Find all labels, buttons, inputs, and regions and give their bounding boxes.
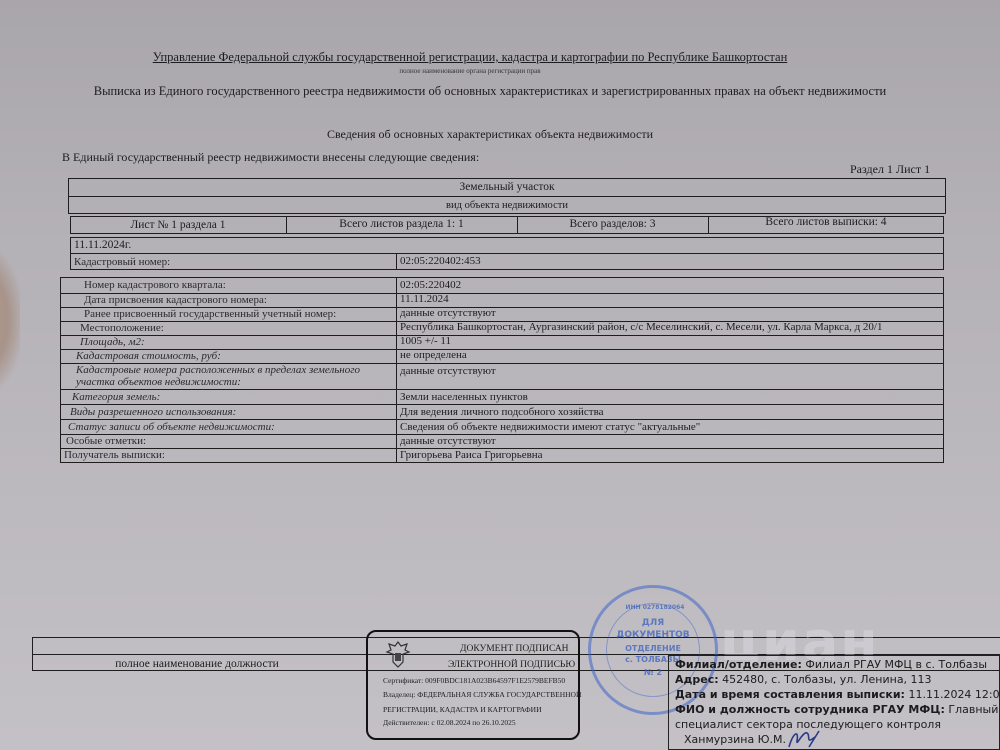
coat-of-arms-icon [385, 640, 411, 670]
extract-date: 11.11.2024г. [70, 238, 131, 253]
mfc-address-value: 452480, с. Толбазы, ул. Ленина, 113 [722, 673, 931, 686]
row-label-continued: участка объектов недвижимости: [72, 375, 241, 390]
sheet-reference: Раздел 1 Лист 1 [850, 162, 930, 177]
position-caption: полное наименование должности [32, 657, 362, 672]
signature-owner: Владелец: ФЕДЕРАЛЬНАЯ СЛУЖБА ГОСУДАРСТВЕ… [383, 690, 581, 699]
handwritten-signature-icon [785, 727, 825, 750]
divider [60, 335, 944, 336]
object-type: Земельный участок [68, 180, 946, 195]
row-label: Номер кадастрового квартала: [80, 278, 226, 293]
row-value: Республика Башкортостан, Аургазинский ра… [396, 320, 882, 335]
mfc-branch-value: Филиал РГАУ МФЦ в с. Толбазы [805, 658, 987, 671]
row-label: Получатель выписки: [60, 448, 165, 463]
mfc-employee: ФИО и должность сотрудника РГАУ МФЦ: Гла… [675, 703, 998, 716]
row-value: данные отсутствуют [396, 306, 496, 321]
row-label: Статус записи об объекте недвижимости: [64, 420, 275, 435]
divider [68, 196, 946, 197]
row-value: Земли населенных пунктов [396, 390, 528, 405]
organization-title: Управление Федеральной службы государств… [150, 50, 790, 65]
mfc-employee-value: Главный [948, 703, 998, 716]
row-label: Местоположение: [76, 321, 164, 336]
finger-shadow [0, 250, 20, 390]
row-label: Особые отметки: [62, 434, 146, 449]
row-value: 02:05:220402 [396, 278, 461, 293]
mfc-datetime-value: 11.11.2024 12:00 [908, 688, 1000, 701]
row-label: Дата присвоения кадастрового номера: [80, 293, 267, 308]
signature-subtitle: ЭЛЕКТРОННОЙ ПОДПИСЬЮ [448, 660, 575, 670]
row-value: Для ведения личного подсобного хозяйства [396, 405, 604, 420]
row-value: Сведения об объекте недвижимости имеют с… [396, 420, 700, 435]
row-value: Григорьева Раиса Григорьевна [396, 448, 543, 463]
row-label: Ранее присвоенный государственный учетны… [80, 307, 336, 322]
cadastral-number-value: 02:05:220402:453 [396, 254, 481, 269]
row-label: Площадь, м2: [76, 335, 145, 350]
organization-caption: полное наименование органа регистрации п… [150, 67, 790, 75]
mfc-employee-name: Ханмурзина Ю.М. [684, 733, 786, 746]
object-type-caption: вид объекта недвижимости [68, 198, 946, 213]
section-title: Сведения об основных характеристиках объ… [60, 127, 920, 142]
row-value: 1005 +/- 11 [396, 334, 451, 349]
signature-owner-continued: РЕГИСТРАЦИИ, КАДАСТРА И КАРТОГРАФИИ [383, 705, 542, 714]
stamp-line: ДОКУМЕНТОВ [608, 630, 698, 640]
stamp-line: ДЛЯ [608, 618, 698, 628]
row-value: данные отсутствуют [396, 434, 496, 449]
mfc-address: Адрес: 452480, с. Толбазы, ул. Ленина, 1… [675, 673, 932, 686]
mfc-branch-label: Филиал/отделение: [675, 658, 802, 671]
row-value: данные отсутствуют [396, 364, 496, 379]
total-sheets-section: Всего листов раздела 1: 1 [286, 217, 517, 232]
mfc-address-label: Адрес: [675, 673, 719, 686]
total-sheets-extract: Всего листов выписки: 4 [708, 215, 944, 230]
intro-text: В Единый государственный реестр недвижим… [62, 150, 479, 165]
row-label: Кадастровая стоимость, руб: [72, 349, 221, 364]
divider [70, 253, 944, 254]
extract-title: Выписка из Единого государственного реес… [60, 84, 920, 99]
stamp-ring-text: ИНН 0278182064 [620, 604, 690, 611]
mfc-employee-label: ФИО и должность сотрудника РГАУ МФЦ: [675, 703, 945, 716]
stamp-line: ОТДЕЛЕНИЕ [608, 644, 698, 653]
mfc-datetime-label: Дата и время составления выписки: [675, 688, 905, 701]
row-label: Виды разрешенного использования: [66, 405, 236, 420]
row-value: 11.11.2024 [396, 292, 449, 307]
signature-title: ДОКУМЕНТ ПОДПИСАН [460, 644, 569, 654]
total-sections: Всего разделов: 3 [517, 217, 708, 232]
mfc-branch: Филиал/отделение: Филиал РГАУ МФЦ в с. Т… [675, 658, 987, 671]
sheet-number: Лист № 1 раздела 1 [70, 218, 286, 233]
signature-certificate: Сертификат: 009F0BDC181A023B64597F1E2579… [383, 676, 565, 685]
mfc-datetime: Дата и время составления выписки: 11.11.… [675, 688, 1000, 701]
row-value: не определена [396, 348, 467, 363]
signature-validity: Действителен: с 02.08.2024 по 26.10.2025 [383, 718, 516, 727]
row-label: Категория земель: [68, 390, 160, 405]
cadastral-number-label: Кадастровый номер: [70, 255, 170, 270]
